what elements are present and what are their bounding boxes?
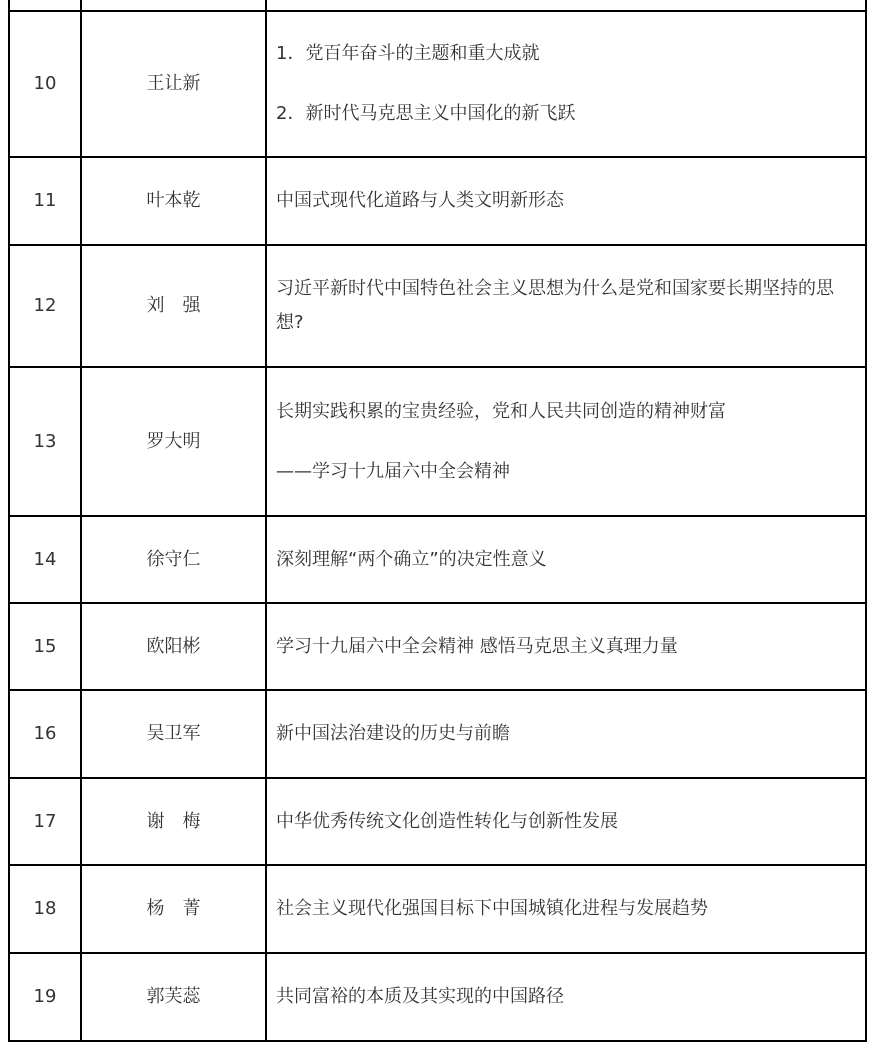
- lecture-schedule-table: 10 王让新 1．党百年奋斗的主题和重大成就 2．新时代马克思主义中国化的新飞跃…: [8, 0, 867, 1042]
- table-row: 18 杨 菁 社会主义现代化强国目标下中国城镇化进程与发展趋势: [9, 865, 866, 953]
- topic-line: 1．党百年奋斗的主题和重大成就: [276, 39, 855, 69]
- speaker-name: 谢 梅: [81, 778, 266, 865]
- row-number: 13: [9, 367, 81, 516]
- lecture-topic: 1．党百年奋斗的主题和重大成就 2．新时代马克思主义中国化的新飞跃: [266, 11, 866, 157]
- speaker-name-text: 谢 梅: [147, 811, 201, 832]
- lecture-topic-cell: [266, 0, 866, 11]
- topic-line: 习近平新时代中国特色社会主义思想为什么是党和国家要长期坚持的思想?: [276, 272, 855, 340]
- speaker-name: 罗大明: [81, 367, 266, 516]
- row-number: 16: [9, 690, 81, 778]
- topic-line: 2．新时代马克思主义中国化的新飞跃: [276, 99, 855, 129]
- lecture-topic: 新中国法治建设的历史与前瞻: [266, 690, 866, 778]
- speaker-name-text: 叶本乾: [147, 190, 201, 211]
- lecture-topic: 习近平新时代中国特色社会主义思想为什么是党和国家要长期坚持的思想?: [266, 245, 866, 367]
- table-row: 17 谢 梅 中华优秀传统文化创造性转化与创新性发展: [9, 778, 866, 865]
- table-row: 13 罗大明 长期实践积累的宝贵经验，党和人民共同创造的精神财富 ——学习十九届…: [9, 367, 866, 516]
- topic-line: 共同富裕的本质及其实现的中国路径: [276, 982, 855, 1012]
- speaker-name-text: 吴卫军: [147, 723, 201, 744]
- lecture-topic: 长期实践积累的宝贵经验，党和人民共同创造的精神财富 ——学习十九届六中全会精神: [266, 367, 866, 516]
- speaker-name: 郭芙蕊: [81, 953, 266, 1041]
- speaker-name-text: 欧阳彬: [147, 636, 201, 657]
- row-number: 17: [9, 778, 81, 865]
- table-row-partial: [9, 0, 866, 11]
- lecture-topic: 社会主义现代化强国目标下中国城镇化进程与发展趋势: [266, 865, 866, 953]
- row-number-cell: [9, 0, 81, 11]
- lecture-topic: 中华优秀传统文化创造性转化与创新性发展: [266, 778, 866, 865]
- lecture-topic: 学习十九届六中全会精神 感悟马克思主义真理力量: [266, 603, 866, 690]
- lecture-topic: 中国式现代化道路与人类文明新形态: [266, 157, 866, 245]
- table-row: 15 欧阳彬 学习十九届六中全会精神 感悟马克思主义真理力量: [9, 603, 866, 690]
- table-row: 14 徐守仁 深刻理解“两个确立”的决定性意义: [9, 516, 866, 603]
- row-number: 11: [9, 157, 81, 245]
- speaker-name: 王让新: [81, 11, 266, 157]
- row-number: 12: [9, 245, 81, 367]
- speaker-name-text: 杨 菁: [147, 898, 201, 919]
- row-number: 14: [9, 516, 81, 603]
- speaker-name: 叶本乾: [81, 157, 266, 245]
- topic-line: 社会主义现代化强国目标下中国城镇化进程与发展趋势: [276, 894, 855, 924]
- speaker-name: 欧阳彬: [81, 603, 266, 690]
- speaker-name: 徐守仁: [81, 516, 266, 603]
- topic-line: ——学习十九届六中全会精神: [276, 457, 855, 487]
- speaker-name: 刘 强: [81, 245, 266, 367]
- topic-line: 深刻理解“两个确立”的决定性意义: [276, 545, 855, 575]
- speaker-name-text: 徐守仁: [147, 549, 201, 570]
- lecture-topic: 共同富裕的本质及其实现的中国路径: [266, 953, 866, 1041]
- lecture-topic: 深刻理解“两个确立”的决定性意义: [266, 516, 866, 603]
- table-row: 12 刘 强 习近平新时代中国特色社会主义思想为什么是党和国家要长期坚持的思想?: [9, 245, 866, 367]
- row-number: 18: [9, 865, 81, 953]
- topic-line: 中华优秀传统文化创造性转化与创新性发展: [276, 807, 855, 837]
- speaker-name-cell: [81, 0, 266, 11]
- speaker-name-text: 郭芙蕊: [147, 986, 201, 1007]
- table-row: 10 王让新 1．党百年奋斗的主题和重大成就 2．新时代马克思主义中国化的新飞跃: [9, 11, 866, 157]
- topic-line: 长期实践积累的宝贵经验，党和人民共同创造的精神财富: [276, 397, 855, 427]
- row-number: 19: [9, 953, 81, 1041]
- speaker-name: 杨 菁: [81, 865, 266, 953]
- topic-line: 中国式现代化道路与人类文明新形态: [276, 186, 855, 216]
- topic-line: 学习十九届六中全会精神 感悟马克思主义真理力量: [276, 632, 855, 662]
- speaker-name-text: 刘 强: [147, 295, 201, 316]
- table-row: 16 吴卫军 新中国法治建设的历史与前瞻: [9, 690, 866, 778]
- speaker-name: 吴卫军: [81, 690, 266, 778]
- topic-line: 新中国法治建设的历史与前瞻: [276, 719, 855, 749]
- row-number: 10: [9, 11, 81, 157]
- speaker-name-text: 王让新: [147, 73, 201, 94]
- row-number: 15: [9, 603, 81, 690]
- speaker-name-text: 罗大明: [147, 431, 201, 452]
- table-row: 19 郭芙蕊 共同富裕的本质及其实现的中国路径: [9, 953, 866, 1041]
- table-row: 11 叶本乾 中国式现代化道路与人类文明新形态: [9, 157, 866, 245]
